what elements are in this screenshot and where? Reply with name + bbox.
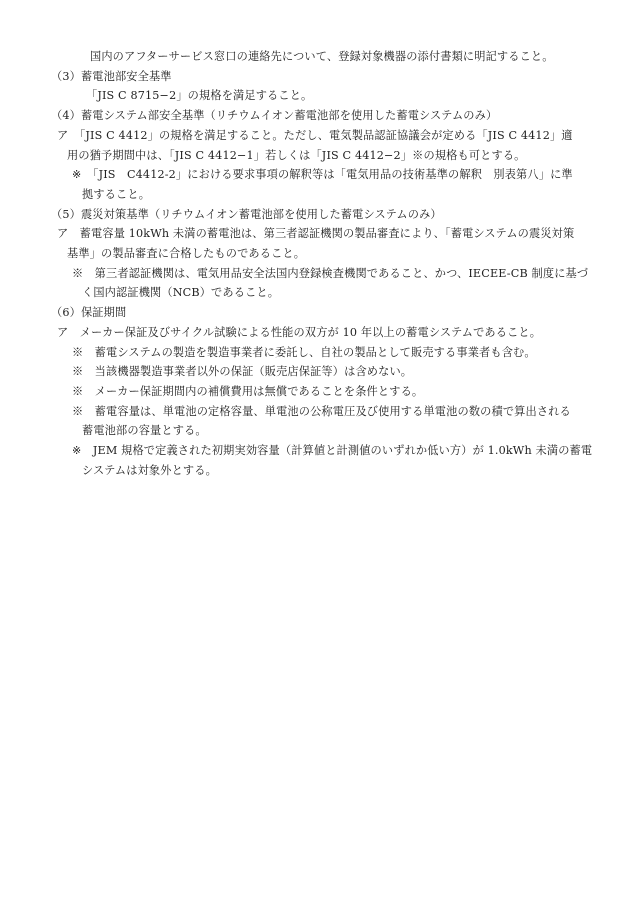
- list-item: ア 蓄電容量 10kWh 未満の蓄電池は、第三者認証機関の製品審査により、「蓄電…: [57, 224, 574, 244]
- document-page: 国内のアフターサービス窓口の連絡先について、登録対象機器の添付書類に明記すること…: [0, 0, 630, 903]
- section-heading-6: （6）保証期間: [51, 303, 126, 323]
- text-line: 「JIS C 8715−2」の規格を満足すること。: [86, 86, 312, 106]
- text-line: く国内認証機関（NCB）であること。: [82, 283, 279, 303]
- text-line: 拠すること。: [82, 185, 150, 205]
- section-heading-3: （3）蓄電池部安全基準: [51, 67, 172, 87]
- text-line: 国内のアフターサービス窓口の連絡先について、登録対象機器の添付書類に明記すること…: [90, 47, 554, 67]
- note-line: ※ JEM 規格で定義された初期実効容量（計算値と計測値のいずれか低い方）が 1…: [72, 441, 592, 461]
- note-line: ※ 蓄電容量は、単電池の定格容量、単電池の公称電圧及び使用する単電池の数の積で算…: [72, 402, 571, 422]
- text-line: 蓄電池部の容量とする。: [82, 421, 207, 441]
- text-line: システムは対象外とする。: [82, 461, 217, 481]
- list-item: ア メーカー保証及びサイクル試験による性能の双方が 10 年以上の蓄電システムで…: [57, 323, 541, 343]
- note-line: ※ 蓄電システムの製造を製造事業者に委託し、自社の製品として販売する事業者も含む…: [72, 343, 536, 363]
- list-item: ア 「JIS C 4412」の規格を満足すること。ただし、電気製品認証協議会が定…: [57, 126, 573, 146]
- section-heading-5: （5）震災対策基準（リチウムイオン蓄電池部を使用した蓄電システムのみ）: [51, 205, 442, 225]
- section-heading-4: （4）蓄電システム部安全基準（リチウムイオン蓄電池部を使用した蓄電システムのみ）: [51, 106, 497, 126]
- note-line: ※ 当該機器製造事業者以外の保証（販売店保証等）は含めない。: [72, 362, 412, 382]
- text-line: 用の猶予期間中は、「JIS C 4412−1」若しくは「JIS C 4412−2…: [67, 146, 526, 166]
- note-line: ※ メーカー保証期間内の補償費用は無償であることを条件とする。: [72, 382, 423, 402]
- note-line: ※ 第三者認証機関は、電気用品安全法国内登録検査機関であること、かつ、IECEE…: [72, 264, 588, 284]
- text-line: 基準」の製品審査に合格したものであること。: [67, 244, 305, 264]
- note-line: ※ 「JIS C4412-2」における要求事項の解釈等は「電気用品の技術基準の解…: [72, 165, 573, 185]
